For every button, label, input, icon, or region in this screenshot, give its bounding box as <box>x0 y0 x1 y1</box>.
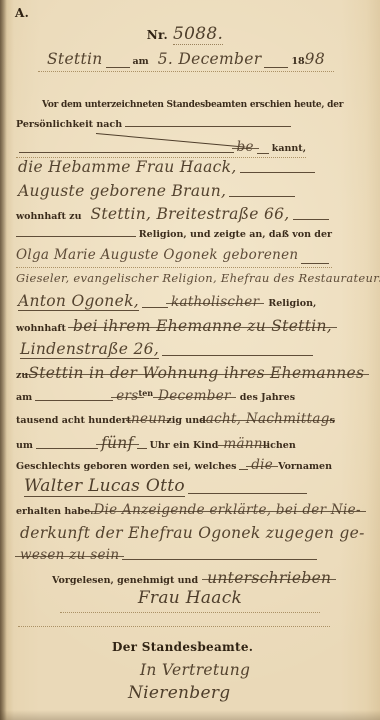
bekannt-printed: kannt, <box>272 143 306 154</box>
birth-day-written: ers <box>116 388 138 404</box>
mother-line-2: Gieseler, evangelischer Religion, Ehefra… <box>16 271 332 285</box>
separator-rule <box>18 612 330 627</box>
residence-2-text: bei ihrem Ehemanne zu Stettin, <box>73 317 332 335</box>
birth-month-written: December <box>158 388 231 404</box>
statement-line-2: derkunft der Ehefrau Ogonek zugegen ge- <box>20 524 336 542</box>
bekannt-line: be kannt, <box>16 139 306 158</box>
official-title-line: Der Standesbeamte. <box>112 640 253 654</box>
record-number-value: 5088. <box>173 24 223 45</box>
address-1: Stettin, Breitestraße 66, <box>90 205 289 223</box>
declarant-signature-line: Frau Haack <box>60 588 320 613</box>
mother-detail: Gieseler, evangelischer Religion, Ehefra… <box>16 271 380 285</box>
die-written: die <box>251 457 273 473</box>
uhr-ein-kind-label: Uhr ein Kind <box>150 440 219 451</box>
declarant-line-1: die Hebamme Frau Haack, <box>18 158 318 176</box>
religion-word: Religion, <box>268 298 316 309</box>
declarant-text-1: die Hebamme Frau Haack, <box>18 158 237 176</box>
persoenlichkeit-label: Persönlichkeit nach <box>16 119 122 130</box>
residence-line-2: wohnhaft bei ihrem Ehemanne zu Stettin, <box>16 317 332 335</box>
mother-line-1: Olga Marie Auguste Ogonek geborenen <box>16 247 332 268</box>
sex-written: männ <box>223 436 262 452</box>
des-jahres-label: des Jahres <box>240 392 295 403</box>
in-vertretung-line: In Vertretung <box>140 661 250 679</box>
closing-written-text: unterschrieben <box>207 569 331 587</box>
record-number-label: Nr. <box>147 28 168 42</box>
page-bottom-edge-shadow <box>0 710 380 720</box>
father-line: Anton Ogonek, katholischer Religion, <box>18 292 332 311</box>
mother-name: Olga Marie Auguste Ogonek geborenen <box>16 247 298 263</box>
birth-year-line: tausend acht hundert neun zig und acht, … <box>16 411 332 427</box>
official-title-text: Der Standesbeamte. <box>112 640 253 654</box>
corner-label-text: A. <box>15 6 29 20</box>
father-name: Anton Ogonek, <box>18 292 139 311</box>
declarant-line-2: Auguste geborene Braun, <box>18 182 298 200</box>
statement-line-3: wesen zu sein <box>20 547 320 563</box>
birthplace-line: zu Stettin in der Wohnung ihres Ehemanne… <box>16 364 332 382</box>
closing-line: Vorgelesen, genehmigt und unterschrieben <box>52 569 342 587</box>
geschlechts-printed: Geschlechts geboren worden sei, welches <box>16 461 236 472</box>
page-left-edge-shadow <box>0 0 7 720</box>
wohnhaft-label: wohnhaft <box>16 323 66 334</box>
bekannt-written-prefix: be <box>237 139 254 155</box>
closing-printed-text: Vorgelesen, genehmigt und <box>52 575 198 586</box>
statement-line-1: erhalten habe. Die Anzeigende erklärte, … <box>16 502 346 518</box>
corner-label: A. <box>15 6 29 20</box>
declarant-signature: Frau Haack <box>138 588 242 608</box>
official-signature-line: Nierenberg <box>128 683 230 703</box>
statement-3-text: wesen zu sein <box>20 547 119 563</box>
erhalten-habe-label: erhalten habe. <box>16 506 93 517</box>
statement-2-text: derkunft der Ehefrau Ogonek zugegen ge- <box>20 524 365 542</box>
date-line: Stettin am 5. December 18 98 <box>38 50 334 72</box>
religion-line: Religion, und zeigte an, daß von der <box>16 229 332 240</box>
intro-line: Vor dem unterzeichneten Standesbeamten e… <box>42 100 343 110</box>
statement-1-text: Die Anzeigende erklärte, bei der Nie- <box>93 502 360 518</box>
record-number-line: Nr. 5088. <box>110 24 260 45</box>
address-line-2: Lindenstraße 26, <box>20 340 316 359</box>
father-religion: katholischer <box>171 294 259 310</box>
vornamen-label: Vornamen <box>278 461 332 472</box>
year-printed-part: tausend acht hundert <box>16 415 131 426</box>
birthplace-text: Stettin in der Wohnung ihres Ehemannes <box>28 364 364 382</box>
persoenlichkeit-line: Persönlichkeit nach <box>16 119 294 130</box>
geschlechts-line: Geschlechts geboren worden sei, welches … <box>16 457 332 473</box>
intro-text: Vor dem unterzeichneten Standesbeamten e… <box>42 100 343 110</box>
year-tens-written: neun <box>131 411 166 427</box>
registry-document-page: A. Nr. 5088. Stettin am 5. December 18 9… <box>0 0 380 720</box>
record-place: Stettin <box>47 50 103 68</box>
official-signature: Nierenberg <box>128 683 230 703</box>
um-label: um <box>16 440 33 451</box>
child-name-line: Walter Lucas Otto <box>24 476 310 497</box>
zu-label: zu <box>16 370 28 381</box>
year-printed: 18 <box>291 56 304 67</box>
hour-written: fünf <box>101 434 134 452</box>
am2-label: am <box>16 392 32 403</box>
address-2: Lindenstraße 26, <box>20 340 159 359</box>
religion-printed-text: Religion, und zeigte an, daß von der <box>139 229 332 240</box>
residence-line-1: wohnhaft zu Stettin, Breitestraße 66, <box>16 205 332 223</box>
record-date: 5. December <box>158 50 262 68</box>
wohnhaft-zu-label: wohnhaft zu <box>16 211 81 222</box>
declarant-text-2: Auguste geborene Braun, <box>18 182 226 200</box>
child-name: Walter Lucas Otto <box>24 476 185 497</box>
in-vertretung-text: In Vertretung <box>140 661 250 679</box>
year-ones-written: acht, Nachmittag <box>206 411 330 427</box>
year-written: 98 <box>305 50 325 68</box>
birthdate-line: am ers ten December des Jahres <box>16 388 332 404</box>
am-label: am <box>133 56 149 67</box>
birth-time-line: um fünf Uhr ein Kind männ lichen <box>16 434 332 452</box>
